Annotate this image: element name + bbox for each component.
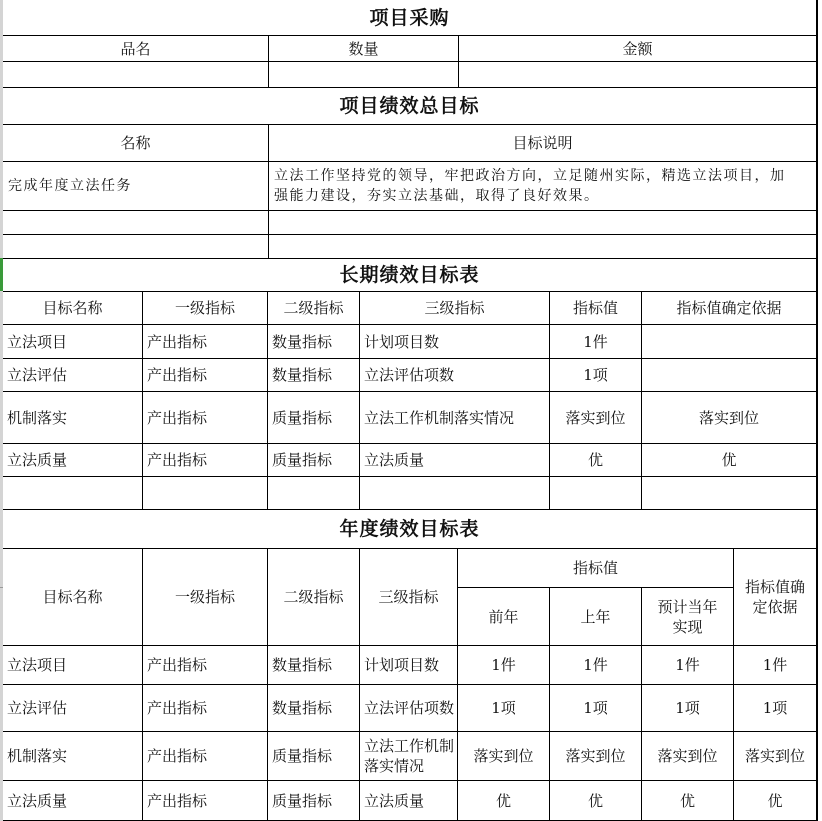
long-term-cell-basis[interactable]: 落实到位 <box>642 392 817 444</box>
annual-cell-basis[interactable]: 落实到位 <box>734 732 817 781</box>
long-term-cell-goal-name[interactable] <box>3 477 143 510</box>
overall-goal-description-cell[interactable]: 立法工作坚持党的领导，牢把政治方向，立足随州实际，精选立法项目，加强能力建设，夯… <box>269 162 817 211</box>
overall-goal-empty-cell[interactable] <box>269 211 817 235</box>
annual-cell-level2[interactable]: 数量指标 <box>268 646 360 685</box>
annual-header-prev-year[interactable]: 前年 <box>458 588 550 646</box>
long-term-header-basis[interactable]: 指标值确定依据 <box>642 292 817 325</box>
long-term-cell-level3[interactable]: 立法评估项数 <box>360 359 550 392</box>
long-term-cell-basis[interactable] <box>642 325 817 359</box>
long-term-cell-level2[interactable]: 质量指标 <box>268 444 360 477</box>
long-term-cell-level2[interactable]: 质量指标 <box>268 392 360 444</box>
long-term-cell-basis[interactable] <box>642 359 817 392</box>
procurement-cell-amount[interactable] <box>459 62 817 88</box>
annual-header-level3[interactable]: 三级指标 <box>360 549 458 646</box>
overall-goal-empty-cell[interactable] <box>3 235 269 259</box>
procurement-cell-item[interactable] <box>3 62 269 88</box>
annual-cell-prev-year[interactable]: 优 <box>458 781 550 821</box>
annual-cell-level1[interactable]: 产出指标 <box>143 781 268 821</box>
annual-cell-last-year[interactable]: 1项 <box>550 685 642 732</box>
long-term-cell-level1[interactable]: 产出指标 <box>143 325 268 359</box>
long-term-cell-indicator-value[interactable] <box>550 477 642 510</box>
long-term-cell-level1[interactable]: 产出指标 <box>143 444 268 477</box>
annual-cell-prev-year[interactable]: 1件 <box>458 646 550 685</box>
long-term-cell-level1[interactable]: 产出指标 <box>143 359 268 392</box>
long-term-cell-indicator-value[interactable]: 1件 <box>550 325 642 359</box>
procurement-header-amount[interactable]: 金额 <box>459 36 817 62</box>
sheet-right-border <box>816 0 818 821</box>
annual-cell-level3[interactable]: 立法评估项数 <box>360 685 458 732</box>
long-term-cell-indicator-value[interactable]: 优 <box>550 444 642 477</box>
annual-cell-level2[interactable]: 质量指标 <box>268 732 360 781</box>
long-term-cell-level1[interactable]: 产出指标 <box>143 392 268 444</box>
long-term-header-level1[interactable]: 一级指标 <box>143 292 268 325</box>
annual-cell-expected[interactable]: 1件 <box>642 646 734 685</box>
long-term-cell-level3[interactable]: 计划项目数 <box>360 325 550 359</box>
annual-cell-basis[interactable]: 1件 <box>734 646 817 685</box>
overall-goal-empty-cell[interactable] <box>3 211 269 235</box>
procurement-header-quantity[interactable]: 数量 <box>269 36 459 62</box>
overall-goal-empty-cell[interactable] <box>269 235 817 259</box>
long-term-header-goal-name[interactable]: 目标名称 <box>3 292 143 325</box>
overall-goal-header-description[interactable]: 目标说明 <box>269 125 817 162</box>
long-term-cell-level2[interactable]: 数量指标 <box>268 325 360 359</box>
annual-cell-goal-name[interactable]: 立法项目 <box>3 646 143 685</box>
long-term-cell-indicator-value[interactable]: 落实到位 <box>550 392 642 444</box>
annual-header-goal-name[interactable]: 目标名称 <box>3 549 143 646</box>
long-term-cell-level2[interactable] <box>268 477 360 510</box>
annual-header-basis[interactable]: 指标值确定依据 <box>734 549 817 646</box>
procurement-cell-quantity[interactable] <box>269 62 459 88</box>
long-term-header-level2[interactable]: 二级指标 <box>268 292 360 325</box>
long-term-cell-level3[interactable]: 立法工作机制落实情况 <box>360 392 550 444</box>
long-term-cell-basis[interactable]: 优 <box>642 444 817 477</box>
annual-header-indicator-value[interactable]: 指标值 <box>458 549 734 588</box>
annual-cell-prev-year[interactable]: 落实到位 <box>458 732 550 781</box>
annual-cell-basis[interactable]: 1项 <box>734 685 817 732</box>
annual-title[interactable]: 年度绩效目标表 <box>3 510 817 549</box>
long-term-cell-goal-name[interactable]: 立法项目 <box>3 325 143 359</box>
long-term-cell-goal-name[interactable]: 机制落实 <box>3 392 143 444</box>
annual-cell-expected[interactable]: 落实到位 <box>642 732 734 781</box>
annual-cell-level2[interactable]: 质量指标 <box>268 781 360 821</box>
annual-header-level2[interactable]: 二级指标 <box>268 549 360 646</box>
annual-header-expected[interactable]: 预计当年实现 <box>642 588 734 646</box>
annual-cell-level1[interactable]: 产出指标 <box>143 732 268 781</box>
overall-goal-name-cell[interactable]: 完成年度立法任务 <box>3 162 269 211</box>
overall-goal-header-name[interactable]: 名称 <box>3 125 269 162</box>
annual-header-last-year[interactable]: 上年 <box>550 588 642 646</box>
annual-cell-level3[interactable]: 立法质量 <box>360 781 458 821</box>
long-term-title[interactable]: 长期绩效目标表 <box>3 259 817 292</box>
annual-cell-expected[interactable]: 1项 <box>642 685 734 732</box>
annual-cell-basis[interactable]: 优 <box>734 781 817 821</box>
long-term-header-level3[interactable]: 三级指标 <box>360 292 550 325</box>
long-term-header-indicator-value[interactable]: 指标值 <box>550 292 642 325</box>
long-term-cell-indicator-value[interactable]: 1项 <box>550 359 642 392</box>
annual-cell-last-year[interactable]: 优 <box>550 781 642 821</box>
long-term-cell-goal-name[interactable]: 立法质量 <box>3 444 143 477</box>
long-term-cell-level1[interactable] <box>143 477 268 510</box>
overall-goal-title[interactable]: 项目绩效总目标 <box>3 88 817 125</box>
long-term-cell-level3[interactable]: 立法质量 <box>360 444 550 477</box>
annual-cell-level3[interactable]: 立法工作机制落实情况 <box>360 732 458 781</box>
annual-cell-goal-name[interactable]: 立法质量 <box>3 781 143 821</box>
procurement-header-item[interactable]: 品名 <box>3 36 269 62</box>
long-term-cell-goal-name[interactable]: 立法评估 <box>3 359 143 392</box>
annual-cell-prev-year[interactable]: 1项 <box>458 685 550 732</box>
annual-cell-level1[interactable]: 产出指标 <box>143 685 268 732</box>
annual-cell-goal-name[interactable]: 立法评估 <box>3 685 143 732</box>
long-term-cell-level3[interactable] <box>360 477 550 510</box>
annual-cell-last-year[interactable]: 1件 <box>550 646 642 685</box>
annual-header-level1[interactable]: 一级指标 <box>143 549 268 646</box>
procurement-title[interactable]: 项目采购 <box>3 0 817 36</box>
spreadsheet: 项目采购 品名 数量 金额 项目绩效总目标 名称 目标说明 完成年度立法任务 立… <box>3 0 817 821</box>
annual-cell-expected[interactable]: 优 <box>642 781 734 821</box>
annual-cell-level3[interactable]: 计划项目数 <box>360 646 458 685</box>
long-term-cell-level2[interactable]: 数量指标 <box>268 359 360 392</box>
annual-cell-goal-name[interactable]: 机制落实 <box>3 732 143 781</box>
annual-cell-level2[interactable]: 数量指标 <box>268 685 360 732</box>
annual-cell-last-year[interactable]: 落实到位 <box>550 732 642 781</box>
long-term-cell-basis[interactable] <box>642 477 817 510</box>
annual-cell-level1[interactable]: 产出指标 <box>143 646 268 685</box>
